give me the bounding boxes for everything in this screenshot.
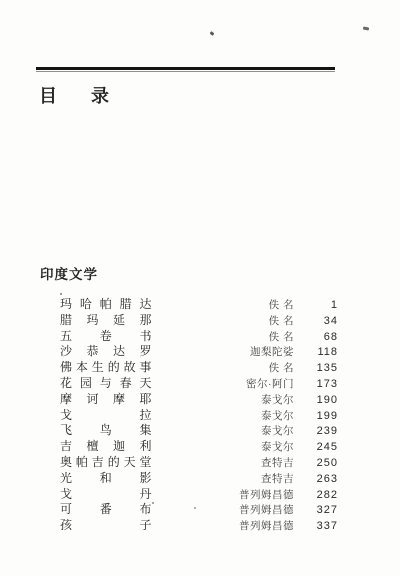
scan-speck bbox=[60, 293, 62, 295]
scan-speck bbox=[363, 27, 369, 31]
work-title: 可番布 bbox=[60, 502, 152, 518]
work-title: 戈拉 bbox=[60, 408, 152, 424]
page-title-char: 目 bbox=[39, 86, 57, 107]
work-page-number: 135 bbox=[294, 361, 338, 377]
toc-entry-row: 戈拉 泰戈尔 199 bbox=[60, 408, 338, 424]
work-title: 五卷书 bbox=[60, 329, 152, 345]
work-title: 飞鸟集 bbox=[60, 423, 152, 439]
work-author: 佚 名 bbox=[269, 298, 294, 314]
section-heading-indian-literature: 印度文学 bbox=[40, 263, 98, 283]
scan-speck bbox=[210, 31, 215, 36]
work-page-number: 68 bbox=[294, 330, 338, 346]
work-author: 佚 名 bbox=[269, 361, 294, 377]
work-author: 迦梨陀娑 bbox=[250, 345, 294, 361]
work-title: 光和影 bbox=[60, 471, 152, 487]
work-page-number: 190 bbox=[294, 393, 338, 409]
toc-entry-row: 五卷书 佚 名 68 bbox=[60, 329, 338, 345]
work-page-number: 282 bbox=[294, 488, 338, 504]
work-author: 佚 名 bbox=[269, 314, 294, 330]
work-author: 泰戈尔 bbox=[261, 409, 294, 425]
work-title: 佛本生的故事 bbox=[60, 360, 152, 376]
work-author: 密尔·阿门 bbox=[246, 377, 294, 393]
toc-entry-row: 佛本生的故事 佚 名 135 bbox=[60, 360, 338, 376]
page-title-char: 录 bbox=[91, 86, 109, 107]
work-title: 戈丹 bbox=[60, 487, 152, 503]
work-page-number: 34 bbox=[294, 314, 338, 330]
toc-entry-row: 吉檀迦利 泰戈尔 245 bbox=[60, 439, 338, 455]
toc-entry-row: 戈丹 普列姆昌德 282 bbox=[60, 487, 338, 503]
work-title: 奥帕吉的天堂 bbox=[60, 455, 152, 471]
toc-entry-row: 光和影 查特吉 263 bbox=[60, 471, 338, 487]
toc-entry-row: 奥帕吉的天堂 查特吉 250 bbox=[60, 455, 338, 471]
toc-entry-row: 摩诃摩耶 泰戈尔 190 bbox=[60, 392, 338, 408]
work-title: 腊玛延那 bbox=[60, 313, 152, 329]
work-page-number: 250 bbox=[294, 456, 338, 472]
work-title: 花园与春天 bbox=[60, 376, 152, 392]
work-page-number: 199 bbox=[294, 409, 338, 425]
work-author: 普列姆昌德 bbox=[239, 488, 294, 504]
work-author: 普列姆昌德 bbox=[239, 503, 294, 519]
toc-scan-page: 目 录 印度文学 玛哈帕腊达 佚 名 1 腊玛延那 佚 名 34 五卷书 佚 名… bbox=[0, 0, 400, 576]
work-title: 玛哈帕腊达 bbox=[60, 297, 152, 313]
work-page-number: 239 bbox=[294, 424, 338, 440]
page-title: 目 录 bbox=[39, 86, 109, 107]
work-author: 查特吉 bbox=[261, 456, 294, 472]
toc-entry-row: 腊玛延那 佚 名 34 bbox=[60, 313, 338, 329]
work-author: 查特吉 bbox=[261, 472, 294, 488]
toc-entry-row: 孩子 普列姆昌德 337 bbox=[60, 518, 338, 534]
toc-entries-list: 玛哈帕腊达 佚 名 1 腊玛延那 佚 名 34 五卷书 佚 名 68 沙恭达罗 … bbox=[60, 297, 338, 534]
work-title: 孩子 bbox=[60, 518, 152, 534]
toc-entry-row: 可番布 普列姆昌德 327 bbox=[60, 502, 338, 518]
work-page-number: 327 bbox=[294, 503, 338, 519]
toc-entry-row: 花园与春天 密尔·阿门 173 bbox=[60, 376, 338, 392]
work-page-number: 337 bbox=[294, 519, 338, 535]
toc-entry-row: 玛哈帕腊达 佚 名 1 bbox=[60, 297, 338, 313]
work-page-number: 245 bbox=[294, 440, 338, 456]
work-title: 沙恭达罗 bbox=[60, 344, 152, 360]
toc-entry-row: 沙恭达罗 迦梨陀娑 118 bbox=[60, 344, 338, 360]
header-rule-thick bbox=[36, 67, 335, 70]
work-author: 泰戈尔 bbox=[261, 424, 294, 440]
work-author: 泰戈尔 bbox=[261, 393, 294, 409]
work-author: 佚 名 bbox=[269, 330, 294, 346]
work-page-number: 118 bbox=[294, 345, 338, 361]
toc-entry-row: 飞鸟集 泰戈尔 239 bbox=[60, 423, 338, 439]
work-author: 泰戈尔 bbox=[261, 440, 294, 456]
work-page-number: 263 bbox=[294, 472, 338, 488]
work-title: 摩诃摩耶 bbox=[60, 392, 152, 408]
work-page-number: 1 bbox=[294, 298, 338, 314]
work-title: 吉檀迦利 bbox=[60, 439, 152, 455]
work-author: 普列姆昌德 bbox=[239, 519, 294, 535]
header-rule-thin bbox=[36, 71, 335, 72]
work-page-number: 173 bbox=[294, 377, 338, 393]
